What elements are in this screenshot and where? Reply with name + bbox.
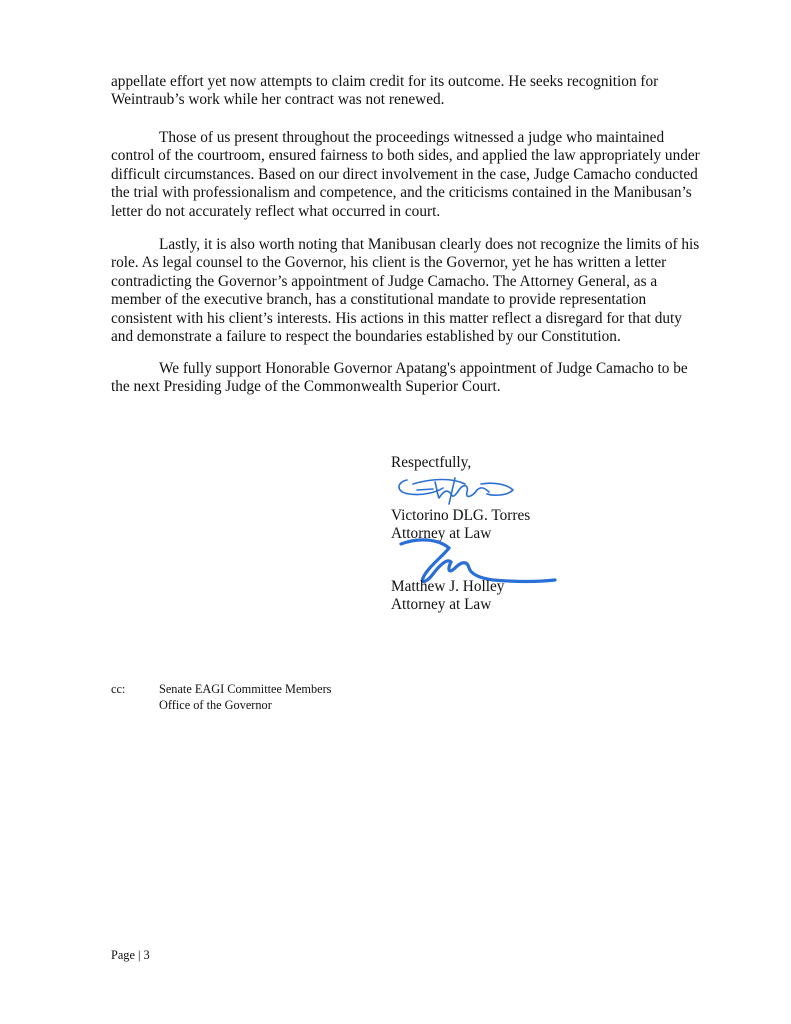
signatory-title: Attorney at Law [391,596,491,614]
cc-recipient: Senate EAGI Committee Members [159,682,331,698]
body-paragraph-2: Those of us present throughout the proce… [111,129,701,221]
page-number: Page | 3 [111,948,150,963]
closing-salutation: Respectfully, [391,454,471,472]
signatory-name: Matthew J. Holley [391,578,504,596]
body-paragraph-3: Lastly, it is also worth noting that Man… [111,236,701,346]
handwritten-signature-icon [393,474,523,510]
cc-label: cc: [111,682,125,698]
cc-recipients: Senate EAGI Committee Members Office of … [159,682,331,713]
body-paragraph-4: We fully support Honorable Governor Apat… [111,360,701,397]
signatory-name: Victorino DLG. Torres [391,507,530,525]
body-paragraph-1: appellate effort yet now attempts to cla… [111,73,701,110]
cc-recipient: Office of the Governor [159,698,331,714]
